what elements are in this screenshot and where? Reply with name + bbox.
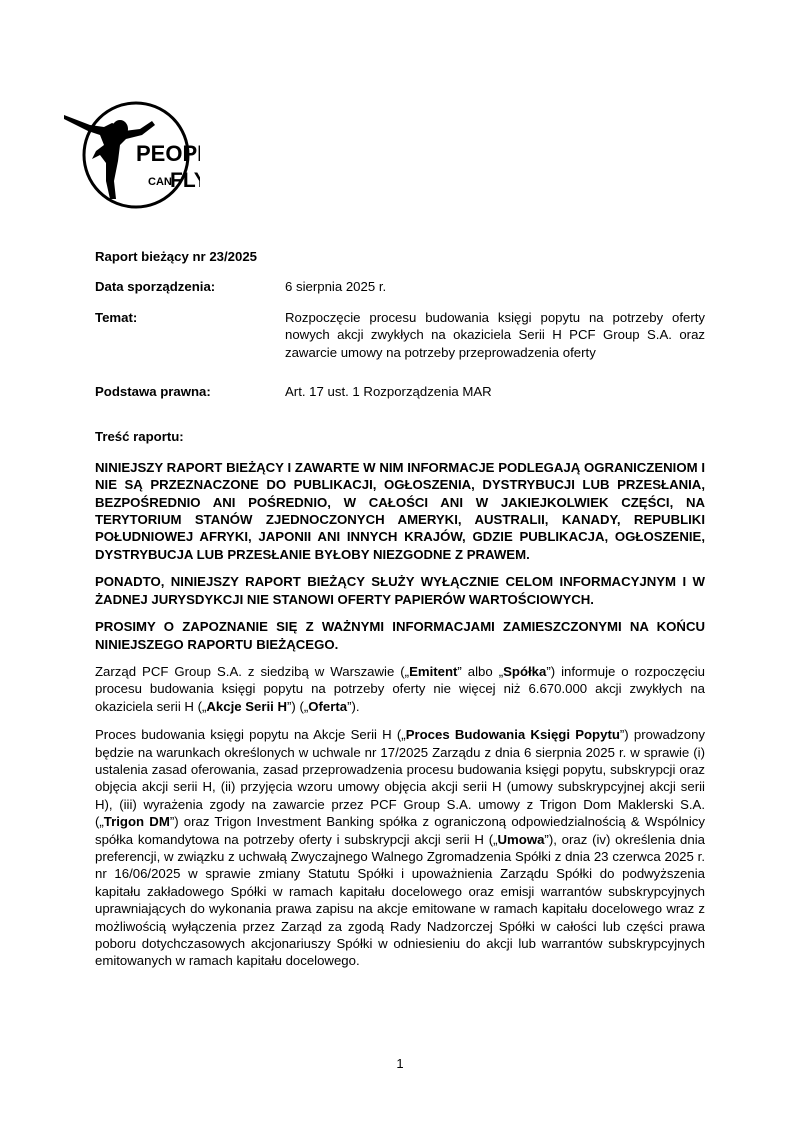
disclaimer-paragraph: PROSIMY O ZAPOZNANIE SIĘ Z WAŻNYMI INFOR… <box>95 618 705 653</box>
text: ”). <box>347 699 359 714</box>
body-paragraph-2: Proces budowania księgi popytu na Akcje … <box>95 726 705 970</box>
text: Proces budowania księgi popytu na Akcje … <box>95 727 406 742</box>
date-value: 6 sierpnia 2025 r. <box>285 278 705 295</box>
page-number: 1 <box>0 1056 800 1071</box>
subject-value: Rozpoczęcie procesu budowania księgi pop… <box>285 309 705 361</box>
svg-text:PEOPLE: PEOPLE <box>136 141 200 166</box>
bold-term: Emitent <box>409 664 457 679</box>
content-heading: Treść raportu: <box>95 428 705 445</box>
bold-term: Trigon DM <box>104 814 170 829</box>
svg-text:FLY: FLY <box>170 169 200 192</box>
disclaimer-paragraph: PONADTO, NINIEJSZY RAPORT BIEŻĄCY SŁUŻY … <box>95 573 705 608</box>
people-can-fly-logo: PEOPLE CAN FLY <box>60 95 200 210</box>
meta-row-date: Data sporządzenia: 6 sierpnia 2025 r. <box>95 278 705 295</box>
report-body: Raport bieżący nr 23/2025 Data sporządze… <box>95 248 705 981</box>
meta-row-subject: Temat: Rozpoczęcie procesu budowania ksi… <box>95 309 705 361</box>
legal-basis-value: Art. 17 ust. 1 Rozporządzenia MAR <box>285 383 705 400</box>
date-label: Data sporządzenia: <box>95 278 285 295</box>
report-title: Raport bieżący nr 23/2025 <box>95 248 705 265</box>
text: ” albo „ <box>457 664 503 679</box>
svg-text:CAN: CAN <box>148 176 172 188</box>
disclaimer-paragraph: NINIEJSZY RAPORT BIEŻĄCY I ZAWARTE W NIM… <box>95 459 705 563</box>
subject-label: Temat: <box>95 309 285 361</box>
bold-term: Oferta <box>308 699 347 714</box>
bold-term: Proces Budowania Księgi Popytu <box>406 727 620 742</box>
text: ”) („ <box>287 699 308 714</box>
body-paragraph-1: Zarząd PCF Group S.A. z siedzibą w Warsz… <box>95 663 705 715</box>
text: ”), oraz (iv) określenia dnia preferencj… <box>95 832 705 969</box>
legal-basis-label: Podstawa prawna: <box>95 383 285 400</box>
bold-term: Spółka <box>503 664 546 679</box>
bold-term: Akcje Serii H <box>206 699 287 714</box>
meta-row-legal-basis: Podstawa prawna: Art. 17 ust. 1 Rozporzą… <box>95 383 705 400</box>
text: Zarząd PCF Group S.A. z siedzibą w Warsz… <box>95 664 409 679</box>
bold-term: Umowa <box>498 832 545 847</box>
